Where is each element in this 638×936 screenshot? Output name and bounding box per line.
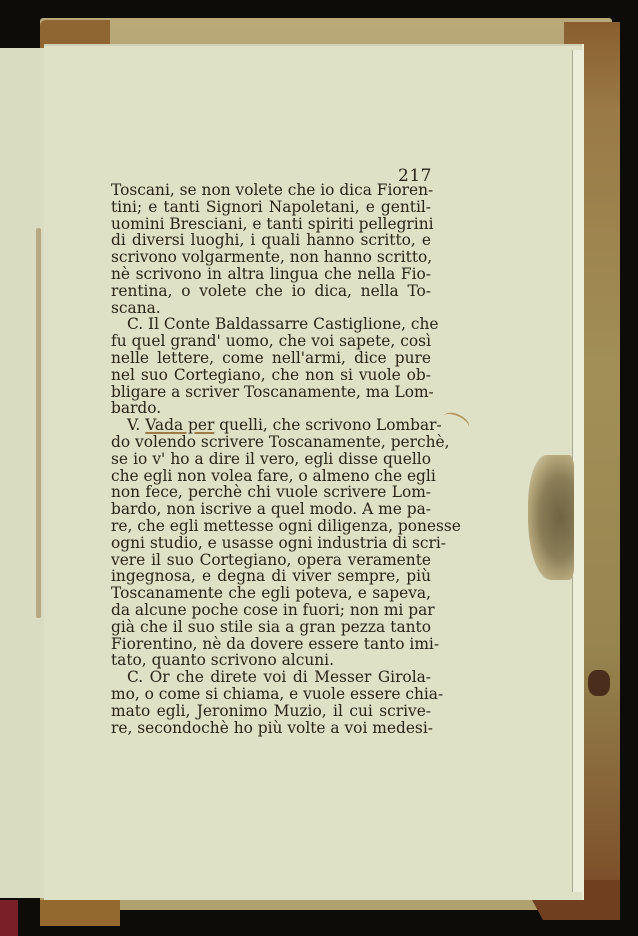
text-line: fu quel grand' uomo, che voi sapete, cos…	[111, 333, 431, 350]
gutter-crease	[36, 228, 41, 618]
text-line: ingegnosa, e degna di viver sempre, più	[111, 568, 431, 585]
text-line: do volendo scrivere Toscanamente, perchè…	[111, 434, 431, 451]
paragraph: C. Il Conte Baldassarre Castiglione, che…	[111, 316, 431, 417]
text-line: Toscanamente che egli poteva, e sapeva,	[111, 585, 431, 602]
text-line: nelle lettere, come nell'armi, dice pure	[111, 350, 431, 367]
text-line: che egli non volea fare, o almeno che eg…	[111, 468, 431, 485]
red-spine-edge	[0, 900, 18, 936]
text-line: bardo.	[111, 400, 431, 417]
underlined-phrase: Vada per	[145, 416, 214, 434]
text-line: bligare a scriver Toscanamente, ma Lom-	[111, 384, 431, 401]
text-line: nè scrivono in altra lingua che nella Fi…	[111, 266, 431, 283]
text-line-underlined: V. Vada per quelli, che scrivono Lombar-	[111, 417, 431, 434]
text-line: mo, o come si chiama, e vuole essere chi…	[111, 686, 431, 703]
text-line: ogni studio, e usasse ogni industria di …	[111, 535, 431, 552]
text-line: vere il suo Cortegiano, opera veramente	[111, 552, 431, 569]
text-line: bardo, non iscrive a quel modo. A me pa-	[111, 501, 431, 518]
text-line: scrivono volgarmente, non hanno scritto,	[111, 249, 431, 266]
text-line: Toscani, se non volete che io dica Fiore…	[111, 182, 431, 199]
body-text: Toscani, se non volete che io dica Fiore…	[111, 165, 431, 736]
ink-blot	[588, 670, 610, 696]
paragraph: C. Or che direte voi di Messer Girola- m…	[111, 669, 431, 736]
paragraph: Toscani, se non volete che io dica Fiore…	[111, 182, 431, 316]
water-stain	[528, 455, 574, 580]
text-line: C. Or che direte voi di Messer Girola-	[111, 669, 431, 686]
text-line: uomini Bresciani, e tanti spiriti pelleg…	[111, 216, 431, 233]
text-line: Fiorentino, nè da dovere essere tanto im…	[111, 636, 431, 653]
text-line: da alcune poche cose in fuori; non mi pa…	[111, 602, 431, 619]
text-line: se io v' ho a dire il vero, egli disse q…	[111, 451, 431, 468]
text-line: non fece, perchè chi vuole scrivere Lom-	[111, 484, 431, 501]
text-line: C. Il Conte Baldassarre Castiglione, che	[111, 316, 431, 333]
paragraph: V. Vada per quelli, che scrivono Lombar-…	[111, 417, 431, 669]
leather-corner-bottom-left	[40, 900, 120, 926]
text-line: scana.	[111, 300, 431, 317]
text-line: nel suo Cortegiano, che non si vuole ob-	[111, 367, 431, 384]
text-line: già che il suo stile sia a gran pezza ta…	[111, 619, 431, 636]
text-line: rentina, o volete che io dica, nella To-	[111, 283, 431, 300]
text-line: re, che egli mettesse ogni diligenza, po…	[111, 518, 431, 535]
text-line: mato egli, Jeronimo Muzio, il cui scrive…	[111, 703, 431, 720]
text-line: re, secondochè ho più volte a voi medesi…	[111, 720, 431, 737]
text-line: tato, quanto scrivono alcuni.	[111, 652, 431, 669]
text-line: di diversi luoghi, i quali hanno scritto…	[111, 232, 431, 249]
text-line: tini; e tanti Signori Napoletani, e gent…	[111, 199, 431, 216]
